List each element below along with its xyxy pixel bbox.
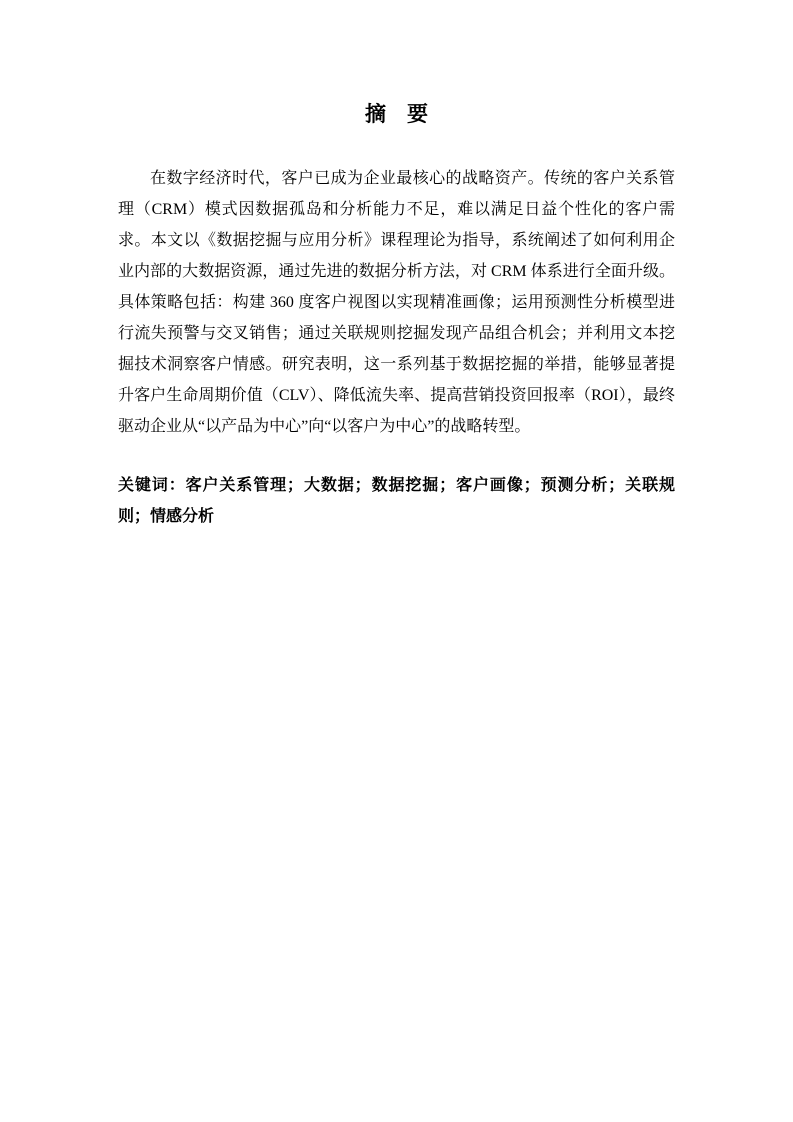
abstract-paragraph: 在数字经济时代，客户已成为企业最核心的战略资产。传统的客户关系管理（CRM）模式… [118,163,675,442]
keywords-line: 关键词：客户关系管理；大数据；数据挖掘；客户画像；预测分析；关联规则；情感分析 [118,470,675,532]
abstract-title: 摘 要 [118,101,675,127]
document-page: 摘 要 在数字经济时代，客户已成为企业最核心的战略资产。传统的客户关系管理（CR… [0,0,793,1122]
